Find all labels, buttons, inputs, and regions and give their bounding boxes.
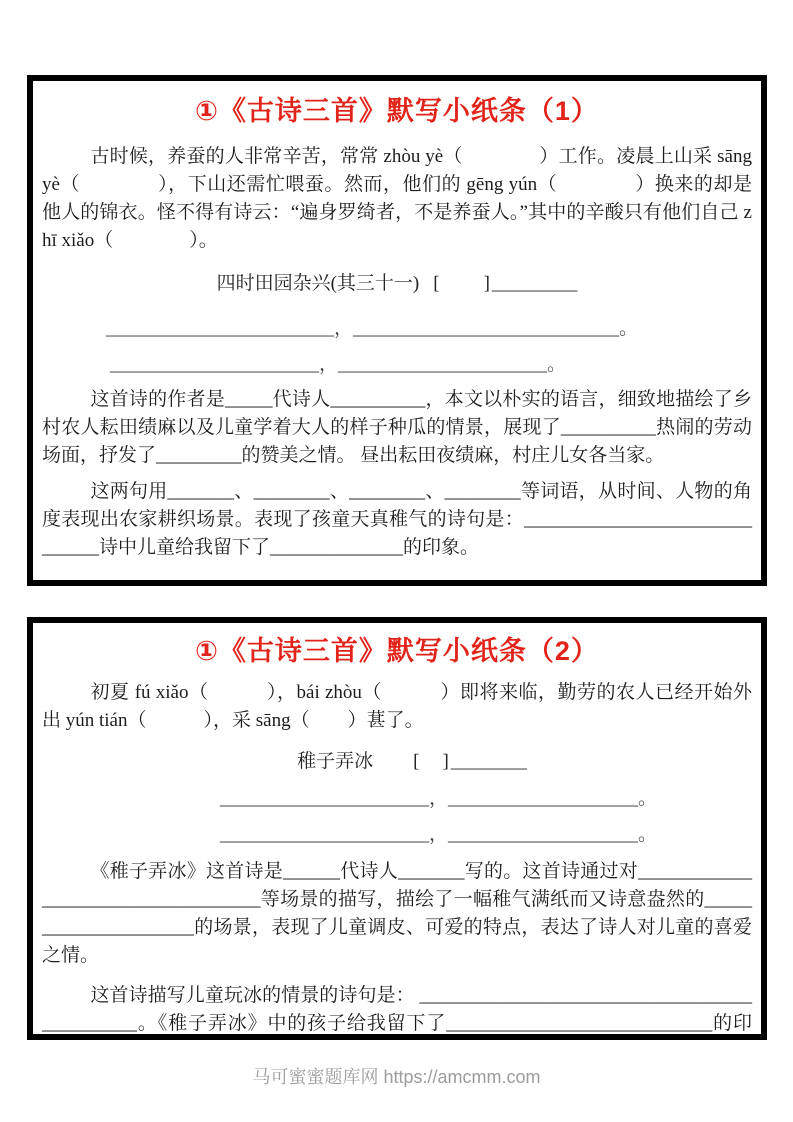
card1-analysis-paragraph-1: 这首诗的作者是_____代诗人__________，本文以朴实的语言，细致地描绘… [42, 386, 752, 470]
card1-intro-paragraph: 古时候，养蚕的人非常辛苦，常常 zhòu yè（ ）工作。凌晨上山采 sāng … [42, 143, 752, 255]
worksheet-card-2: ①《古诗三首》默写小纸条（2） 初夏 fú xiǎo（ ），bái zhòu（ … [27, 617, 767, 1040]
worksheet-page: ①《古诗三首》默写小纸条（1） 古时候，养蚕的人非常辛苦，常常 zhòu yè（… [0, 0, 793, 1122]
card1-analysis-paragraph-2: 这两句用_______、________、________、________等词… [42, 478, 752, 562]
card2-poem-title: 稚子弄冰 [297, 751, 373, 772]
card1-verse-blank-line-2: ______________________，_________________… [110, 354, 752, 376]
card2-title: ①《古诗三首》默写小纸条（2） [42, 633, 752, 669]
card1-title: ①《古诗三首》默写小纸条（1） [42, 93, 752, 129]
card2-poem-heading: 稚子弄冰[ ]________ [42, 747, 752, 776]
worksheet-card-1: ①《古诗三首》默写小纸条（1） 古时候，养蚕的人非常辛苦，常常 zhòu yè（… [27, 75, 767, 586]
card2-intro-paragraph: 初夏 fú xiǎo（ ），bái zhòu（ ）即将来临，勤劳的农人已经开始外… [42, 679, 752, 735]
card2-verse-blank-line-2: ______________________，_________________… [220, 824, 752, 846]
card1-author-blank: _________ [492, 273, 578, 294]
site-footer-watermark: 马可蜜蜜题库网 https://amcmm.com [0, 1062, 793, 1092]
card2-analysis-paragraph-2: 这首诗描写儿童玩冰的情景的诗句是： ______________________… [42, 982, 752, 1040]
card1-author-bracket: [ ] [433, 273, 492, 294]
card2-verse-blank-line-1: ______________________，_________________… [220, 788, 752, 810]
card1-poem-title: 四时田园杂兴(其三十一) [217, 273, 420, 294]
card2-author-blank: ________ [451, 751, 527, 772]
card1-poem-heading: 四时田园杂兴(其三十一)[ ]_________ [42, 269, 752, 298]
card2-author-bracket: [ ] [413, 751, 451, 772]
card2-analysis-paragraph-1: 《稚子弄冰》这首诗是______代诗人_______写的。这首诗通过对_____… [42, 858, 752, 970]
card1-verse-blank-line-1: ________________________，_______________… [106, 318, 752, 340]
